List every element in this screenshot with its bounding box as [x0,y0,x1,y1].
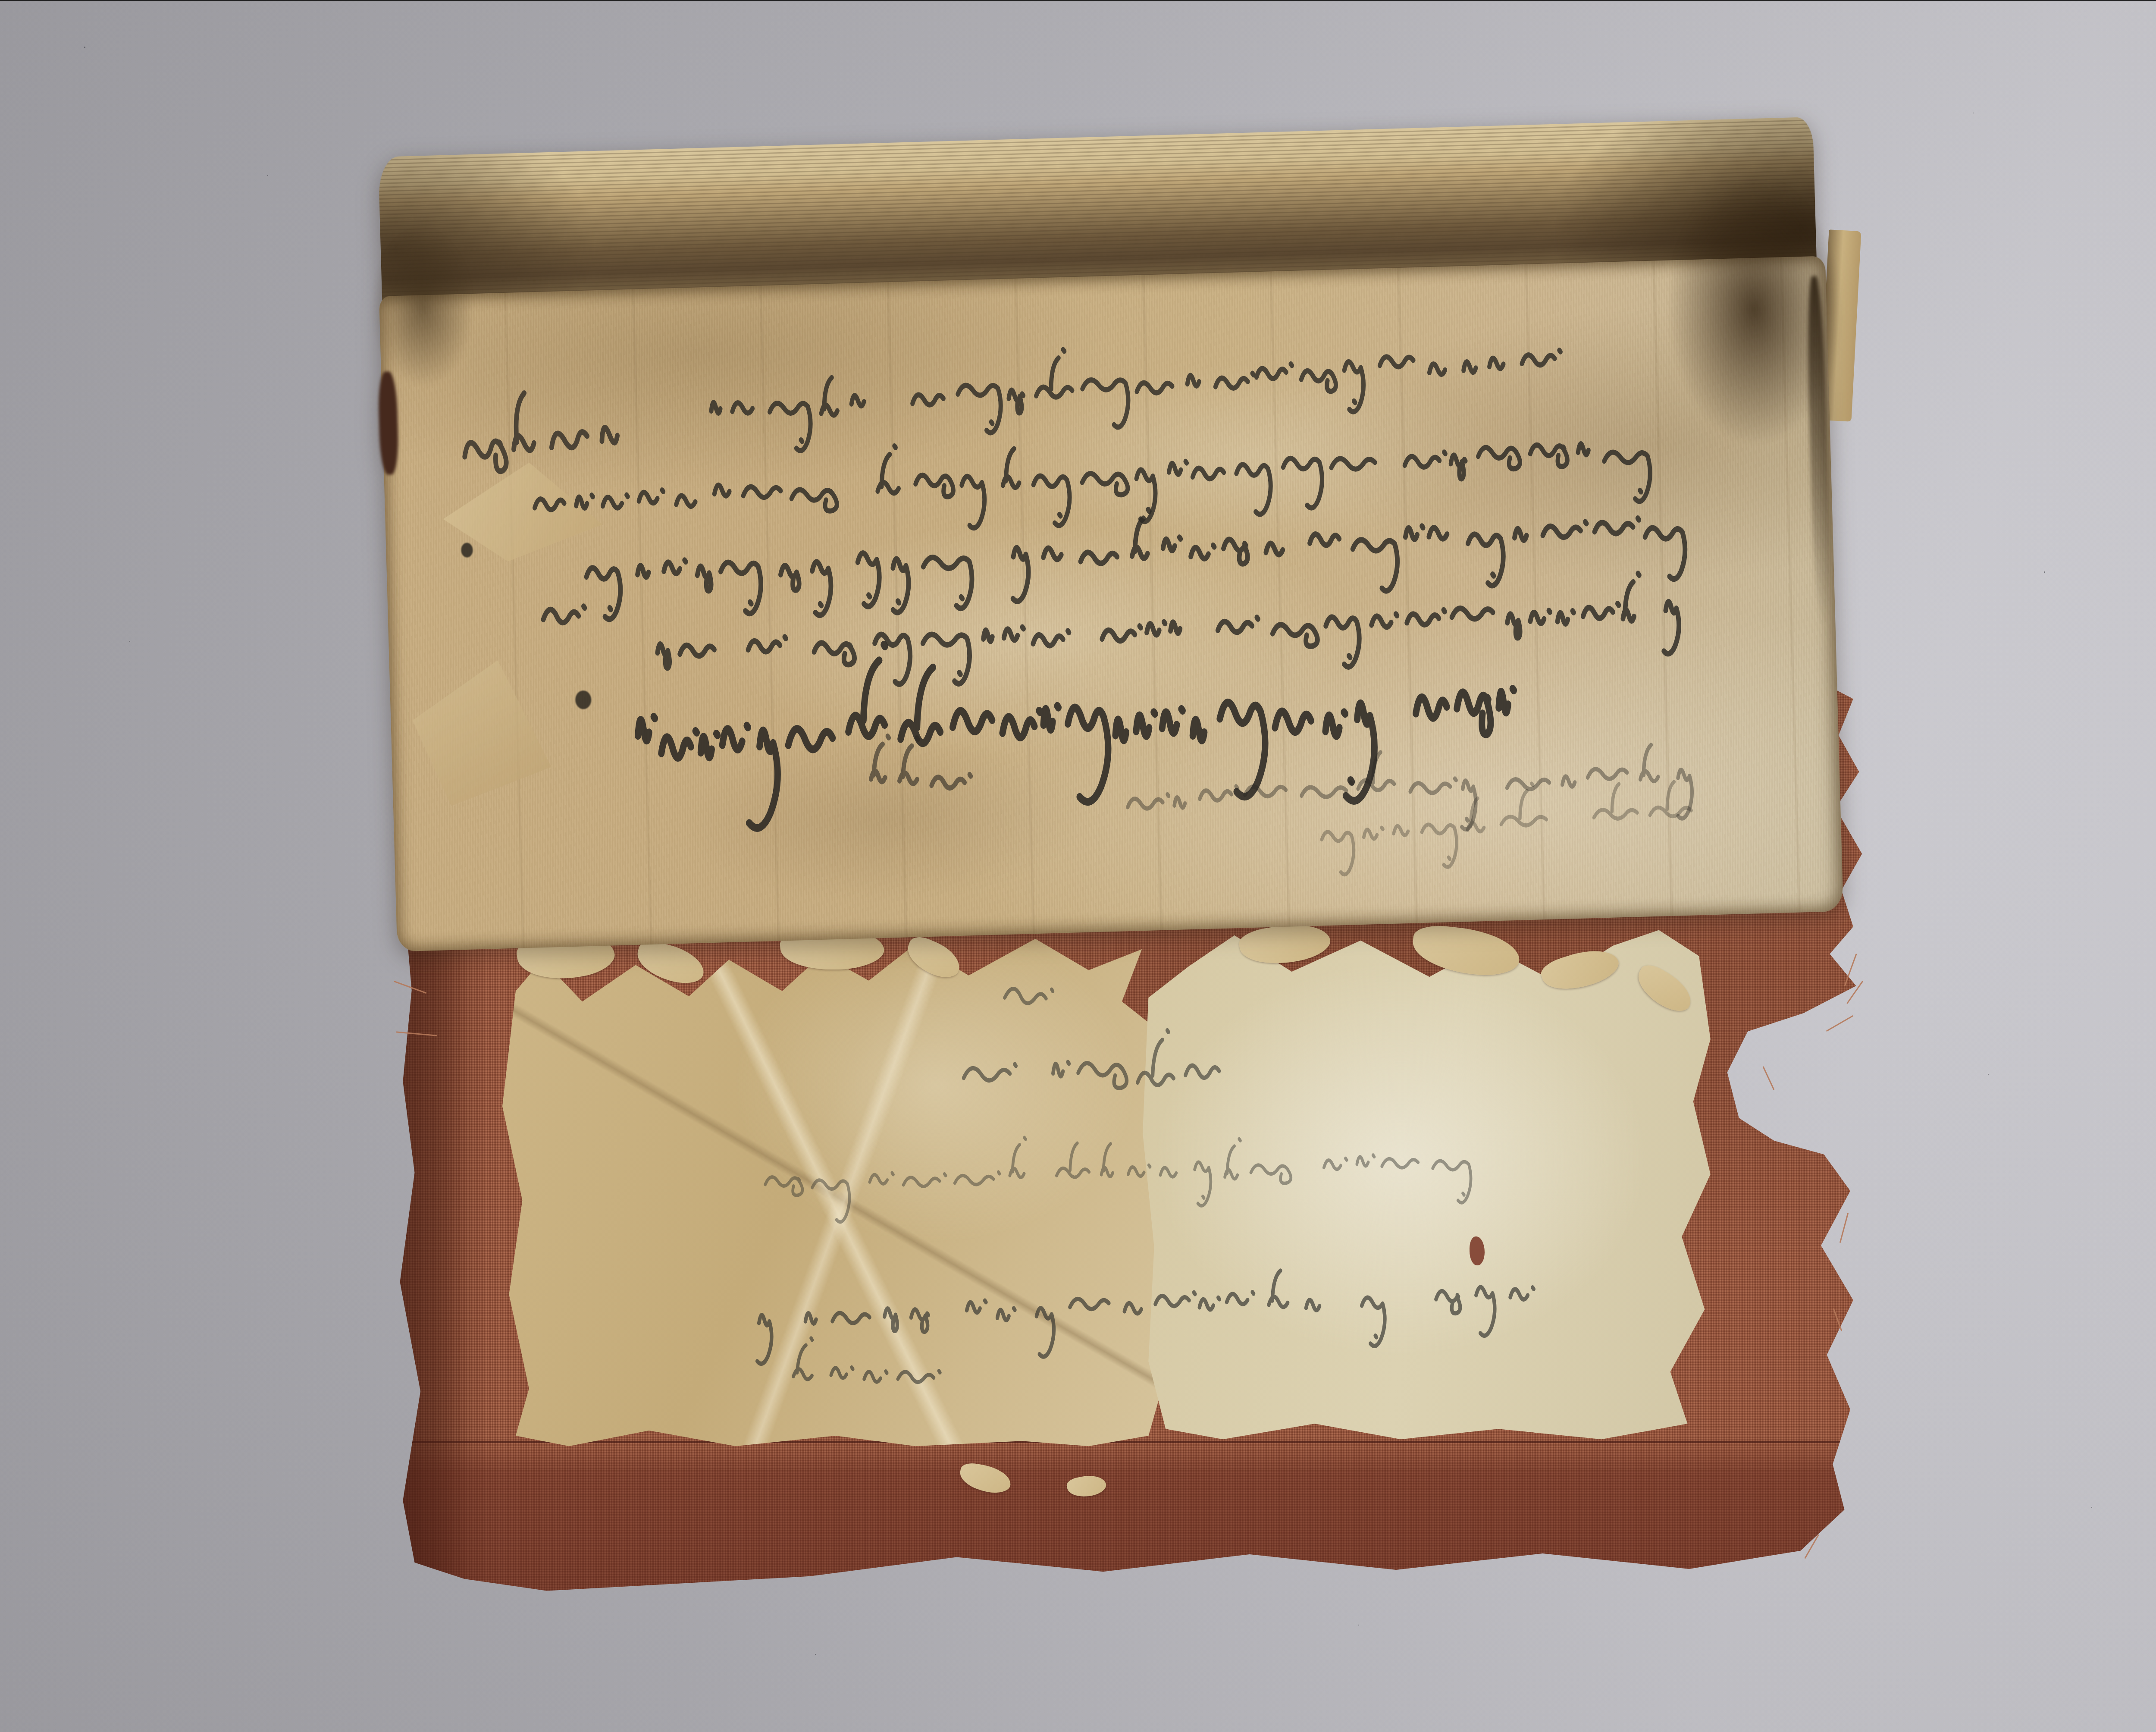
paper-tear-hole [1470,1236,1485,1265]
ink-blot [461,543,473,558]
cloth-bottom-hem [400,1441,1865,1592]
manuscript-book [375,117,1843,952]
pasted-paper-left [502,929,1169,1452]
dust-speck [2044,571,2045,573]
dust-speck [1973,113,1974,113]
cloth-thread [1826,1015,1853,1032]
dust-speck [2091,1507,2092,1508]
photo-stage [0,0,2156,1732]
ink-blot [575,690,592,709]
cloth-thread [1839,1213,1849,1243]
photo-top-edge-line [0,0,2156,1]
dust-speck [1988,1074,1989,1075]
dust-speck [1358,1625,1359,1625]
pasted-paper-right [1143,925,1716,1445]
dust-speck [129,641,130,642]
cloth-left-hem [400,899,466,1591]
top-page-surface [379,256,1843,952]
dust-speck [815,1654,816,1655]
folded-paper-flap [411,659,560,807]
dust-speck [84,47,85,48]
dust-speck [267,175,268,176]
cloth-thread [1762,1066,1774,1090]
